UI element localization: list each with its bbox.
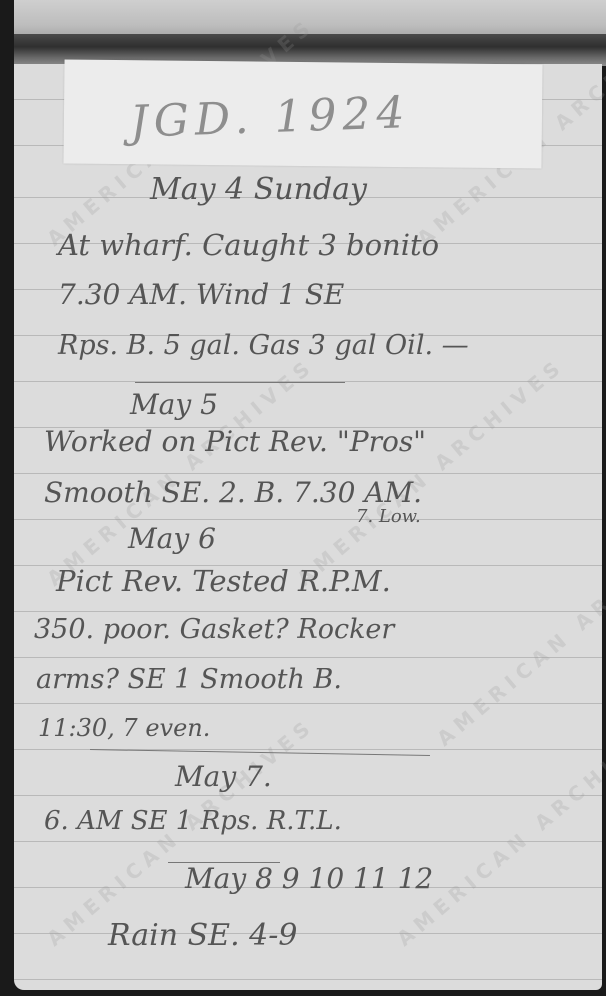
- entry-date: May 8 9 10 11 12: [185, 862, 433, 895]
- entry-date: May 5: [130, 388, 218, 421]
- entry-line: Worked on Pict Rev. "Pros": [44, 425, 426, 458]
- entry-line: Smooth SE. 2. B. 7.30 AM.: [44, 476, 422, 509]
- entry-line: 7. Low.: [356, 506, 421, 527]
- entry-date: May 4 Sunday: [150, 172, 367, 207]
- entry-divider: [135, 382, 345, 383]
- cover-label: JGD. 1924: [129, 87, 411, 148]
- entry-line: arms? SE 1 Smooth B.: [36, 664, 342, 695]
- entry-line: Pict Rev. Tested R.P.M.: [56, 564, 391, 598]
- entry-date: May 6: [128, 522, 216, 555]
- entry-line: 350. poor. Gasket? Rocker: [34, 614, 394, 645]
- entry-line: At wharf. Caught 3 bonito: [58, 228, 439, 262]
- entry-line: Rain SE. 4-9: [108, 918, 297, 953]
- entry-line: 6. AM SE 1 Rps. R.T.L.: [44, 806, 342, 836]
- entry-date: May 7.: [175, 760, 272, 793]
- entry-line: 11:30, 7 even.: [38, 714, 210, 742]
- entry-line: Rps. B. 5 gal. Gas 3 gal Oil. —: [58, 330, 469, 361]
- entry-line: 7.30 AM. Wind 1 SE: [58, 278, 344, 311]
